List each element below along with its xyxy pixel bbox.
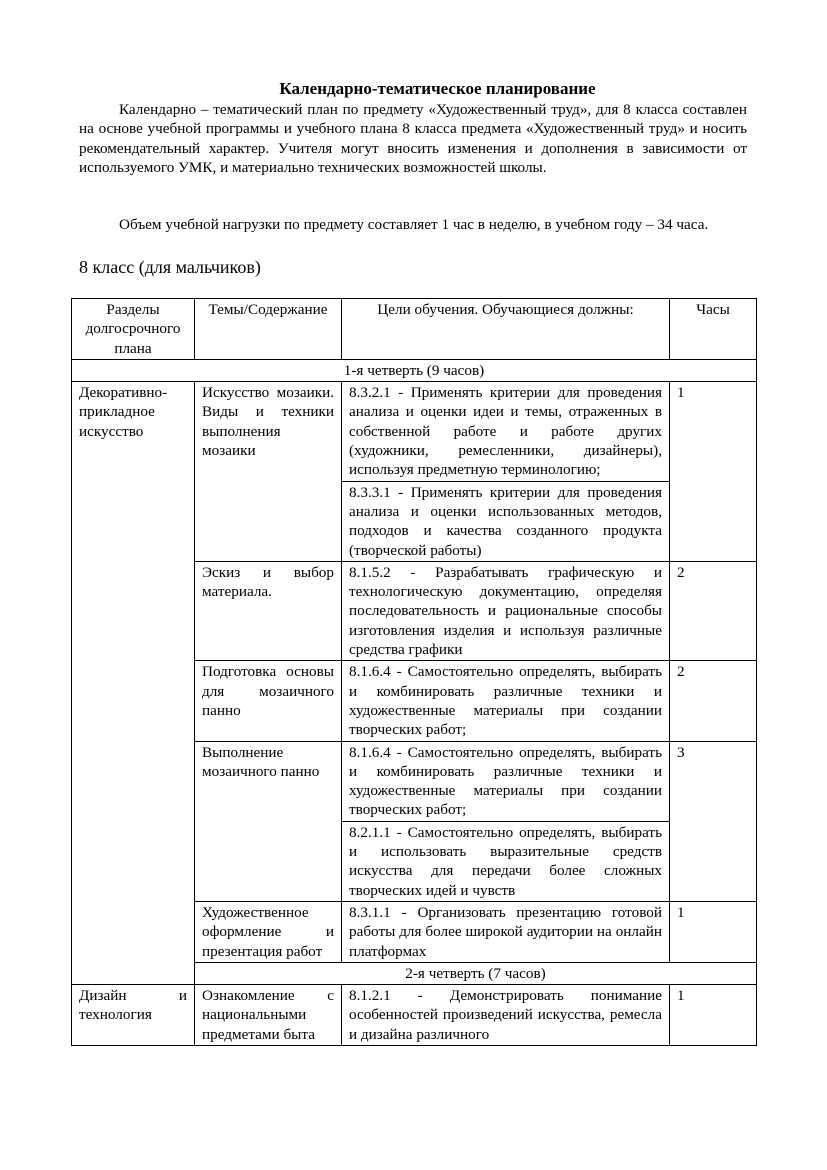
- hours-cell: 1: [670, 382, 757, 562]
- section-cell: Декоративно-прикладное искусство: [72, 382, 195, 985]
- header-topics: Темы/Содержание: [195, 299, 342, 360]
- hours-cell: 2: [670, 561, 757, 660]
- hours-cell: 3: [670, 741, 757, 901]
- hours-cell: 2: [670, 661, 757, 741]
- objective-cell: 8.3.1.1 - Организовать презентацию готов…: [342, 901, 670, 962]
- plan-table: Разделы долгосрочного плана Темы/Содержа…: [71, 298, 757, 1046]
- topic-cell: Подготовка основы для мозаичного панно: [195, 661, 342, 741]
- objective-cell: 8.1.2.1 - Демонстрировать понимание особ…: [342, 985, 670, 1046]
- topic-cell: Выполнение мозаичного панно: [195, 741, 342, 901]
- objective-cell: 8.1.6.4 - Самостоятельно определять, выб…: [342, 661, 670, 741]
- load-paragraph: Объем учебной нагрузки по предмету соста…: [79, 215, 747, 234]
- page-title: Календарно-тематическое планирование: [0, 79, 827, 99]
- quarter2-label: 2-я четверть (7 часов): [195, 962, 757, 984]
- intro-paragraph: Календарно – тематический план по предме…: [79, 100, 747, 177]
- table-row: Декоративно-прикладное искусство Искусст…: [72, 382, 757, 481]
- objective-cell: 8.3.2.1 - Применять критерии для проведе…: [342, 382, 670, 481]
- hours-cell: 1: [670, 985, 757, 1046]
- quarter1-label: 1-я четверть (9 часов): [72, 359, 757, 381]
- objective-cell: 8.1.5.2 - Разрабатывать графическую и те…: [342, 561, 670, 660]
- objective-cell: 8.1.6.4 - Самостоятельно определять, выб…: [342, 741, 670, 821]
- topic-cell: Ознакомление с национальными предметами …: [195, 985, 342, 1046]
- section-cell: Дизайн и технология: [72, 985, 195, 1046]
- header-objectives: Цели обучения. Обучающиеся должны:: [342, 299, 670, 360]
- hours-cell: 1: [670, 901, 757, 962]
- class-subtitle: 8 класс (для мальчиков): [79, 256, 261, 278]
- header-hours: Часы: [670, 299, 757, 360]
- table-row: Дизайн и технология Ознакомление с нацио…: [72, 985, 757, 1046]
- header-sections: Разделы долгосрочного плана: [72, 299, 195, 360]
- quarter-row: 1-я четверть (9 часов): [72, 359, 757, 381]
- table-header-row: Разделы долгосрочного плана Темы/Содержа…: [72, 299, 757, 360]
- objective-cell: 8.3.3.1 - Применять критерии для проведе…: [342, 481, 670, 561]
- objective-cell: 8.2.1.1 - Самостоятельно определять, выб…: [342, 821, 670, 901]
- topic-cell: Искусство мозаики. Виды и техники выполн…: [195, 382, 342, 562]
- topic-cell: Эскиз и выбор материала.: [195, 561, 342, 660]
- topic-cell: Художественное оформление и презентация …: [195, 901, 342, 962]
